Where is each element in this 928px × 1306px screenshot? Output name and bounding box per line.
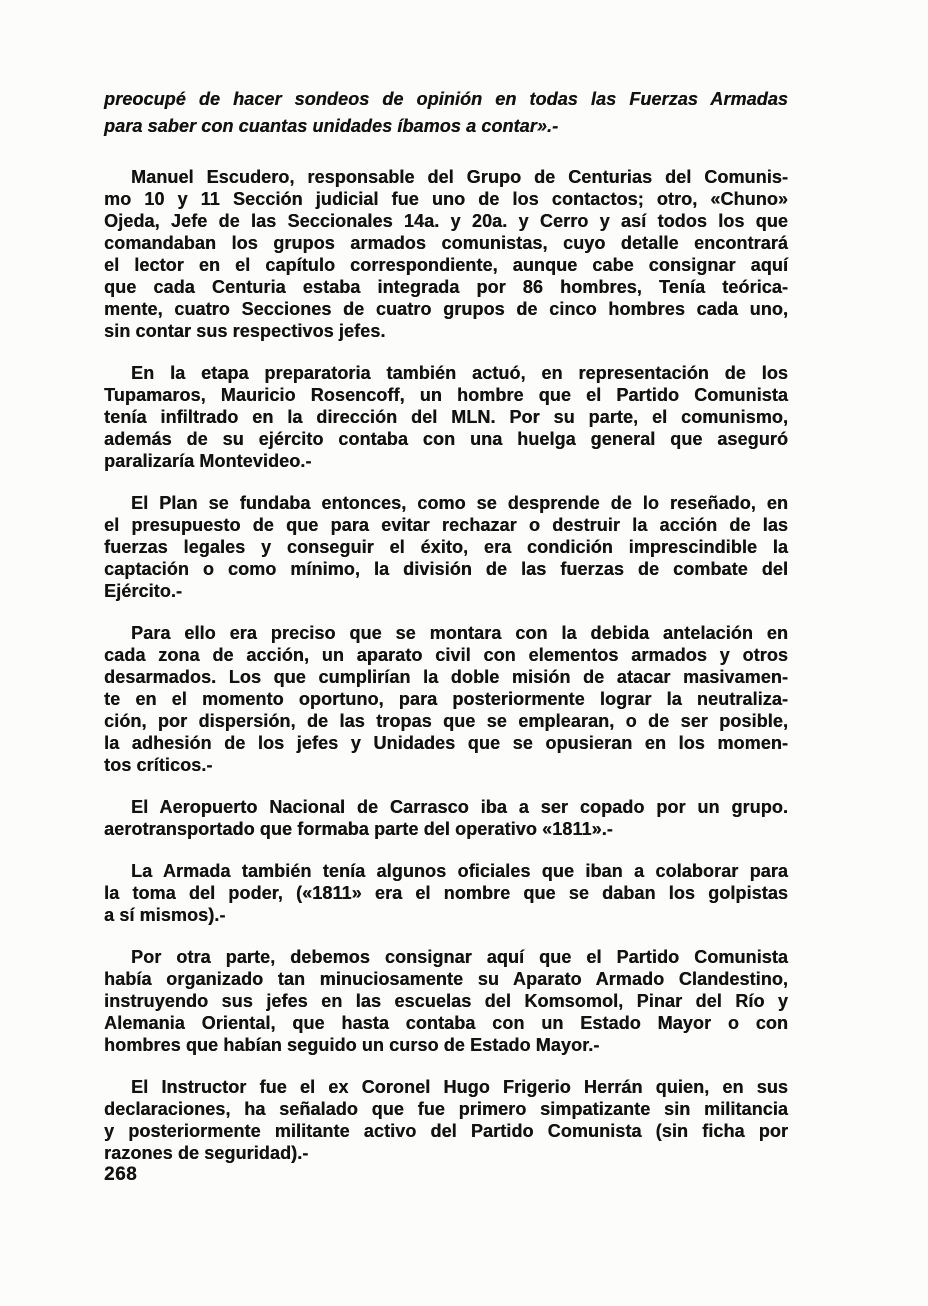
- text-line: y posteriormente militante activo del Pa…: [104, 1120, 788, 1142]
- text-line: para saber con cuantas unidades íbamos a…: [104, 113, 788, 140]
- page-number: 268: [104, 1164, 137, 1186]
- text-line: Para ello era preciso que se montara con…: [104, 622, 788, 644]
- text-line: captación o como mínimo, la división de …: [104, 558, 788, 580]
- text-line: tenía infiltrado en la dirección del MLN…: [104, 406, 788, 428]
- paragraph: En la etapa preparatoria también actuó, …: [104, 362, 788, 472]
- text-line: sin contar sus respectivos jefes.: [104, 320, 788, 342]
- text-line: paralizaría Montevideo.-: [104, 450, 788, 472]
- text-line: Ojeda, Jefe de las Seccionales 14a. y 20…: [104, 210, 788, 232]
- text-line: mo 10 y 11 Sección judicial fue uno de l…: [104, 188, 788, 210]
- text-line: tos críticos.-: [104, 754, 788, 776]
- text-line: desarmados. Los que cumplirían la doble …: [104, 666, 788, 688]
- text-line: el lector en el capítulo correspondiente…: [104, 254, 788, 276]
- book-page: preocupé de hacer sondeos de opinión en …: [0, 0, 928, 1306]
- paragraph: Para ello era preciso que se montara con…: [104, 622, 788, 776]
- text-line: El Aeropuerto Nacional de Carrasco iba a…: [104, 796, 788, 818]
- text-line: había organizado tan minuciosamente su A…: [104, 968, 788, 990]
- text-column: preocupé de hacer sondeos de opinión en …: [104, 86, 788, 1184]
- text-line: la adhesión de los jefes y Unidades que …: [104, 732, 788, 754]
- text-line: el presupuesto de que para evitar rechaz…: [104, 514, 788, 536]
- text-line: El Plan se fundaba entonces, como se des…: [104, 492, 788, 514]
- text-line: la toma del poder, («1811» era el nombre…: [104, 882, 788, 904]
- text-line: Por otra parte, debemos consignar aquí q…: [104, 946, 788, 968]
- paragraph: preocupé de hacer sondeos de opinión en …: [104, 86, 788, 140]
- paragraph: Manuel Escudero, responsable del Grupo d…: [104, 166, 788, 342]
- text-line: En la etapa preparatoria también actuó, …: [104, 362, 788, 384]
- text-line: hombres que habían seguido un curso de E…: [104, 1034, 788, 1056]
- text-line: que cada Centuria estaba integrada por 8…: [104, 276, 788, 298]
- text-line: aerotransportado que formaba parte del o…: [104, 818, 788, 840]
- text-line: Alemania Oriental, que hasta contaba con…: [104, 1012, 788, 1034]
- text-line: Manuel Escudero, responsable del Grupo d…: [104, 166, 788, 188]
- text-line: mente, cuatro Secciones de cuatro grupos…: [104, 298, 788, 320]
- text-line: cada zona de acción, un aparato civil co…: [104, 644, 788, 666]
- text-line: Ejército.-: [104, 580, 788, 602]
- text-line: a sí mismos).-: [104, 904, 788, 926]
- text-line: declaraciones, ha señalado que fue prime…: [104, 1098, 788, 1120]
- paragraph: El Plan se fundaba entonces, como se des…: [104, 492, 788, 602]
- paragraph: La Armada también tenía algunos oficiale…: [104, 860, 788, 926]
- paragraph: El Instructor fue el ex Coronel Hugo Fri…: [104, 1076, 788, 1164]
- text-line: El Instructor fue el ex Coronel Hugo Fri…: [104, 1076, 788, 1098]
- text-line: La Armada también tenía algunos oficiale…: [104, 860, 788, 882]
- paragraph: Por otra parte, debemos consignar aquí q…: [104, 946, 788, 1056]
- text-line: preocupé de hacer sondeos de opinión en …: [104, 86, 788, 113]
- text-line: fuerzas legales y conseguir el éxito, er…: [104, 536, 788, 558]
- text-line: te en el momento oportuno, para posterio…: [104, 688, 788, 710]
- text-line: instruyendo sus jefes en las escuelas de…: [104, 990, 788, 1012]
- text-line: ción, por dispersión, de las tropas que …: [104, 710, 788, 732]
- text-line: comandaban los grupos armados comunistas…: [104, 232, 788, 254]
- text-line: además de su ejército contaba con una hu…: [104, 428, 788, 450]
- text-line: Tupamaros, Mauricio Rosencoff, un hombre…: [104, 384, 788, 406]
- paragraph: El Aeropuerto Nacional de Carrasco iba a…: [104, 796, 788, 840]
- text-line: razones de seguridad).-: [104, 1142, 788, 1164]
